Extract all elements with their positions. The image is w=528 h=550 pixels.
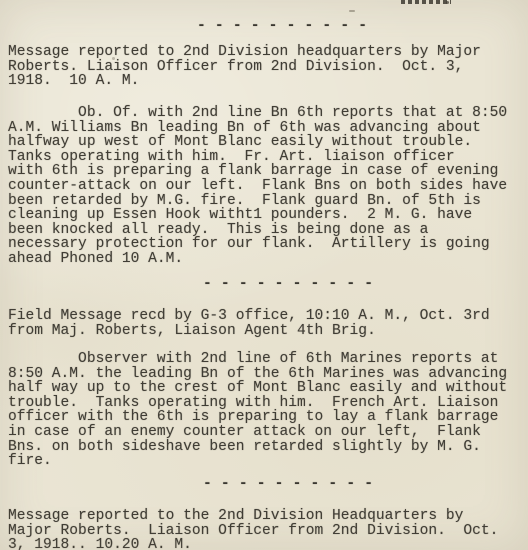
dashed-separator: - - - - - - - - - - xyxy=(197,19,367,34)
message2-heading: Message reported to the 2nd Division Hea… xyxy=(8,509,498,550)
ink-speck xyxy=(446,1,449,4)
field-message-body: Observer with 2nd line of 6th Marines re… xyxy=(8,352,507,469)
dashed-separator: - - - - - - - - - - xyxy=(203,277,373,292)
ink-speck xyxy=(349,10,355,12)
message1-body: Ob. Of. with 2nd line Bn 6th reports tha… xyxy=(8,106,507,267)
document-scan: - - - - - - - - - - Message reported to … xyxy=(0,0,528,550)
dashed-separator: - - - - - - - - - - xyxy=(203,477,373,492)
field-message-heading: Field Message recd by G-3 office, 10:10 … xyxy=(8,309,490,338)
cropped-text-fragment xyxy=(401,0,451,4)
message1-heading: Message reported to 2nd Division headqua… xyxy=(8,45,481,89)
